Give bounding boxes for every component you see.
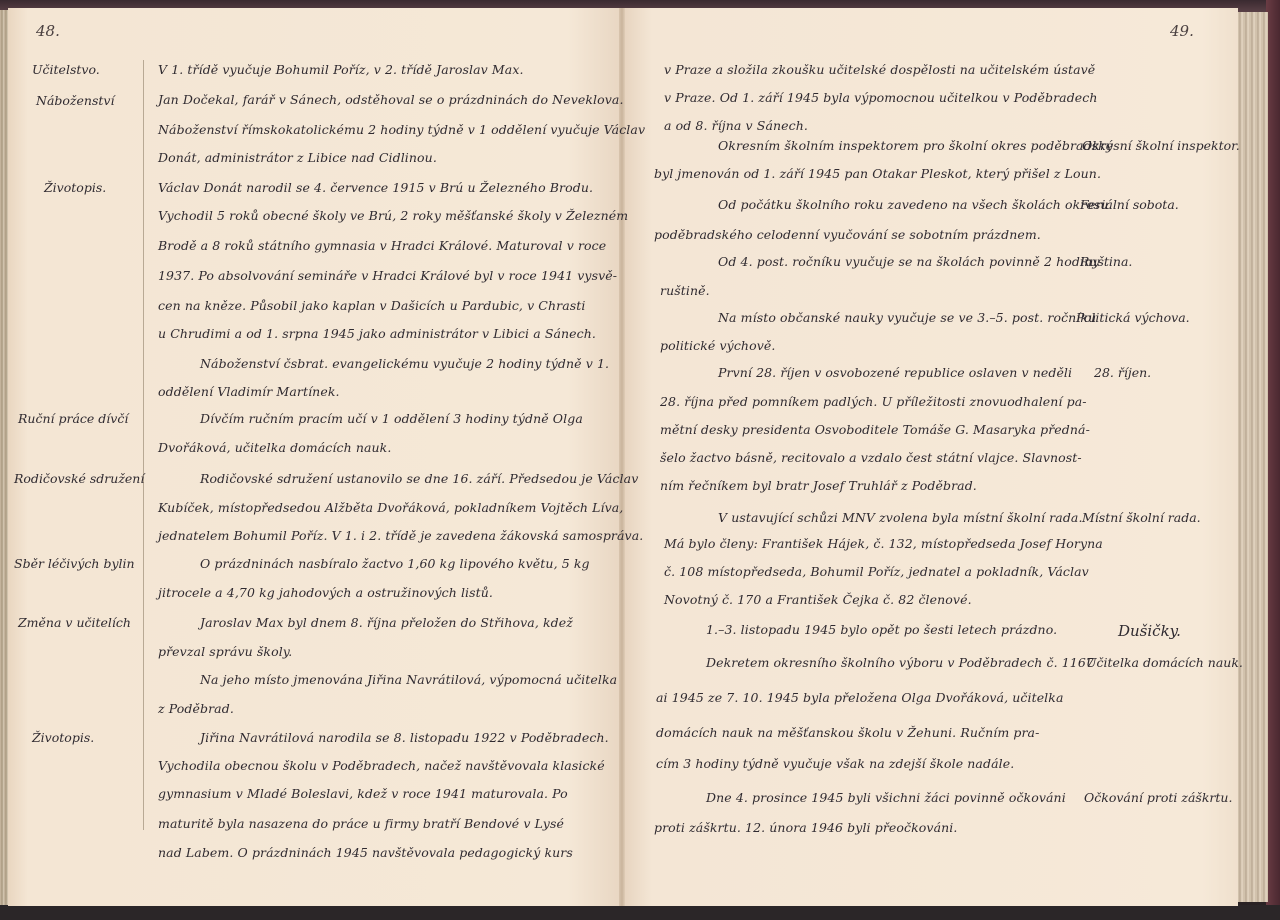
text-line: jitrocele a 4,70 kg jahodových a ostruži… [158, 585, 493, 600]
text-line: převzal správu školy. [158, 644, 292, 659]
text-line: Vychodila obecnou školu v Poděbradech, n… [158, 758, 605, 773]
text-line: 1.–3. listopadu 1945 bylo opět po šesti … [706, 622, 1057, 637]
text-line: jednatelem Bohumil Poříz. V 1. i 2. tříd… [158, 528, 643, 543]
text-line: v Praze. Od 1. září 1945 byla výpomocnou… [664, 90, 1098, 105]
text-line: Václav Donát narodil se 4. července 1915… [158, 180, 593, 195]
margin-note: Učitelstvo. [32, 62, 100, 77]
text-line: proti záškrtu. 12. února 1946 byli přeoč… [654, 820, 957, 835]
text-line: Okresním školním inspektorem pro školní … [718, 138, 1113, 153]
margin-note: Očkování proti záškrtu. [1084, 790, 1232, 805]
text-line: Novotný č. 170 a František Čejka č. 82 č… [664, 592, 972, 607]
text-line: Od počátku školního roku zavedeno na vše… [718, 197, 1108, 212]
text-line: u Chrudimi a od 1. srpna 1945 jako admin… [158, 326, 596, 341]
text-line: Náboženství čsbrat. evangelickému vyučuj… [200, 356, 609, 371]
margin-note: Dušičky. [1118, 622, 1181, 640]
text-line: Rodičovské sdružení ustanovilo se dne 16… [200, 471, 638, 486]
text-line: oddělení Vladimír Martínek. [158, 384, 340, 399]
margin-note: Změna v učitelích [18, 615, 131, 630]
margin-note: Rodičovské sdružení [14, 471, 144, 486]
text-line: Dekretem okresního školního výboru v Pod… [706, 655, 1094, 670]
text-line: Náboženství římskokatolickému 2 hodiny t… [158, 122, 645, 137]
margin-note: Učitelka domácích nauk. [1086, 655, 1243, 670]
text-line: Brodě a 8 roků státního gymnasia v Hradc… [158, 238, 606, 253]
text-line: domácích nauk na měšťanskou školu v Žehu… [656, 725, 1039, 740]
book-cover-bottom [0, 905, 1280, 920]
text-line: Dívčím ručním pracím učí v 1 oddělení 3 … [200, 411, 583, 426]
text-line: Jaroslav Max byl dnem 8. října přeložen … [200, 615, 573, 630]
text-line: ruštině. [660, 283, 710, 298]
margin-note: 28. říjen. [1094, 365, 1151, 380]
text-line: Kubíček, místopředsedou Alžběta Dvořákov… [158, 500, 623, 515]
margin-note: Životopis. [32, 730, 94, 745]
text-line: cen na kněze. Působil jako kaplan v Daši… [158, 298, 586, 313]
text-line: Na jeho místo jmenována Jiřina Navrátilo… [200, 672, 617, 687]
text-line: cím 3 hodiny týdně vyučuje však na zdejš… [656, 756, 1014, 771]
text-line: ním řečníkem byl bratr Josef Truhlář z P… [660, 478, 977, 493]
text-line: politické výchově. [660, 338, 775, 353]
right-page-edges [1238, 12, 1268, 902]
margin-note: Místní školní rada. [1082, 510, 1201, 525]
text-line: šelo žactvo básně, recitovalo a vzdalo č… [660, 450, 1082, 465]
text-line: První 28. říjen v osvobozené republice o… [718, 365, 1072, 380]
text-line: 1937. Po absolvování semináře v Hradci K… [158, 268, 617, 283]
text-line: O prázdninách nasbíralo žactvo 1,60 kg l… [200, 556, 590, 571]
text-line: Jan Dočekal, farář v Sánech, odstěhoval … [158, 92, 624, 107]
text-line: Dne 4. prosince 1945 byli všichni žáci p… [706, 790, 1066, 805]
margin-note: Životopis. [44, 180, 106, 195]
margin-note: Sběr léčivých bylin [14, 556, 135, 571]
text-line: č. 108 místopředseda, Bohumil Poříz, jed… [664, 564, 1089, 579]
text-line: 28. října před pomníkem padlých. U příle… [660, 394, 1087, 409]
text-line: Jiřina Navrátilová narodila se 8. listop… [200, 730, 609, 745]
text-line: ai 1945 ze 7. 10. 1945 byla přeložena Ol… [656, 690, 1064, 705]
text-line: Dvořáková, učitelka domácích nauk. [158, 440, 391, 455]
margin-note: Náboženství [36, 93, 114, 108]
text-line: Na místo občanské nauky vyučuje se ve 3.… [718, 310, 1096, 325]
page-number-right: 49. [1170, 22, 1194, 40]
book-cover-right [1266, 0, 1280, 920]
text-line: V ustavující schůzi MNV zvolena byla mís… [718, 510, 1083, 525]
text-line: gymnasium v Mladé Boleslavi, kdež v roce… [158, 786, 568, 801]
text-line: v Praze a složila zkoušku učitelské dosp… [664, 62, 1095, 77]
margin-note: Ruční práce dívčí [18, 411, 128, 426]
text-line: nad Labem. O prázdninách 1945 navštěvova… [158, 845, 573, 860]
text-line: maturitě byla nasazena do práce u firmy … [158, 816, 564, 831]
text-line: poděbradského celodenní vyučování se sob… [654, 227, 1041, 242]
text-line: a od 8. října v Sánech. [664, 118, 808, 133]
left-margin-rule [143, 60, 144, 830]
text-line: byl jmenován od 1. září 1945 pan Otakar … [654, 166, 1101, 181]
text-line: mětní desky presidenta Osvoboditele Tomá… [660, 422, 1090, 437]
text-line: z Poděbrad. [158, 701, 234, 716]
text-line: V 1. třídě vyučuje Bohumil Poříz, v 2. t… [158, 62, 524, 77]
text-line: Má bylo členy: František Hájek, č. 132, … [664, 536, 1103, 551]
page-number-left: 48. [36, 22, 60, 40]
book-gutter [619, 8, 625, 906]
text-line: Vychodil 5 roků obecné školy ve Brú, 2 r… [158, 208, 628, 223]
text-line: Donát, administrátor z Libice nad Cidlin… [158, 150, 437, 165]
text-line: Od 4. post. ročníku vyučuje se na školác… [718, 254, 1099, 269]
